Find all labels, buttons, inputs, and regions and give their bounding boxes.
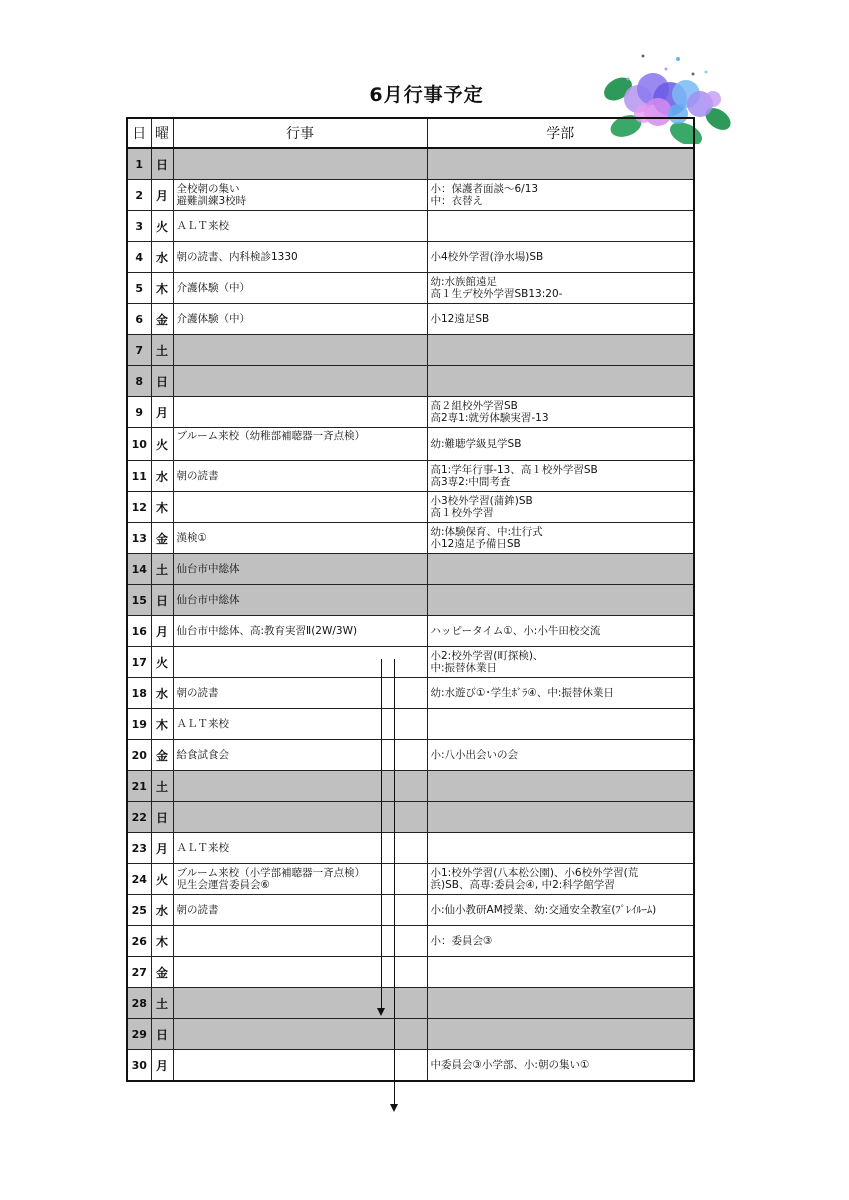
dept-line: 小2:校外学習(町探検)、 bbox=[431, 650, 691, 662]
table-row: 14土仙台市中総体 bbox=[127, 554, 694, 585]
event-cell: 介護体験（中） bbox=[173, 304, 427, 335]
dept-line: 幼:体験保育、中:壮行式 bbox=[431, 526, 691, 538]
dept-line: 高１生デ校外学習SB13:20- bbox=[431, 288, 691, 300]
dept-cell: 小2:校外学習(町探検)、中:振替休業日 bbox=[427, 647, 694, 678]
weekday-cell: 木 bbox=[151, 709, 173, 740]
weekday-cell: 水 bbox=[151, 242, 173, 273]
dept-cell bbox=[427, 833, 694, 864]
event-cell: ＡＬＴ来校 bbox=[173, 833, 427, 864]
dept-cell: 中委員会③小学部、小:朝の集い① bbox=[427, 1050, 694, 1082]
event-cell: 朝の読書 bbox=[173, 461, 427, 492]
dept-line: 幼:水遊び①･学生ﾎﾞﾗ④、中:振替休業日 bbox=[431, 687, 691, 699]
table-row: 7土 bbox=[127, 335, 694, 366]
table-row: 29日 bbox=[127, 1019, 694, 1050]
day-cell: 1 bbox=[127, 148, 151, 180]
event-line: 朝の読書 bbox=[177, 687, 424, 699]
dept-cell: 小4校外学習(浄水場)SB bbox=[427, 242, 694, 273]
event-line: 朝の読書、内科検診1330 bbox=[177, 251, 424, 263]
event-line: 介護体験（中） bbox=[177, 282, 424, 294]
dept-line: 幼:難聴学級見学SB bbox=[431, 438, 691, 450]
day-cell: 30 bbox=[127, 1050, 151, 1082]
event-cell bbox=[173, 366, 427, 397]
dept-line: 高2専1:就労体験実習-13 bbox=[431, 412, 691, 424]
event-line: 朝の読書 bbox=[177, 904, 424, 916]
weekday-cell: 土 bbox=[151, 771, 173, 802]
dept-cell bbox=[427, 802, 694, 833]
table-row: 26木小：委員会③ bbox=[127, 926, 694, 957]
dept-cell: 小12遠足SB bbox=[427, 304, 694, 335]
table-row: 23月ＡＬＴ来校 bbox=[127, 833, 694, 864]
weekday-cell: 月 bbox=[151, 616, 173, 647]
schedule-table: 日 曜 行事 学部 1日2月全校朝の集い避難訓練3校時小：保護者面談～6/13中… bbox=[126, 117, 695, 1082]
event-cell: 朝の読書、内科検診1330 bbox=[173, 242, 427, 273]
table-row: 24火ブルーム来校（小学部補聴器一斉点検）児生会運営委員会⑥小1:校外学習(八本… bbox=[127, 864, 694, 895]
event-cell bbox=[173, 1019, 427, 1050]
dept-cell: 高1:学年行事-13、高１校外学習SB高3専2:中間考査 bbox=[427, 461, 694, 492]
table-row: 15日仙台市中総体 bbox=[127, 585, 694, 616]
dept-cell: 小:仙小教研AM授業、幼:交通安全教室(ﾌﾟﾚｲﾙｰﾑ) bbox=[427, 895, 694, 926]
event-cell bbox=[173, 957, 427, 988]
table-row: 2月全校朝の集い避難訓練3校時小：保護者面談～6/13中：衣替え bbox=[127, 180, 694, 211]
dept-line: 高1:学年行事-13、高１校外学習SB bbox=[431, 464, 691, 476]
event-cell bbox=[173, 771, 427, 802]
day-cell: 12 bbox=[127, 492, 151, 523]
day-cell: 6 bbox=[127, 304, 151, 335]
event-line: 避難訓練3校時 bbox=[177, 195, 424, 207]
day-cell: 11 bbox=[127, 461, 151, 492]
dept-line: 小:仙小教研AM授業、幼:交通安全教室(ﾌﾟﾚｲﾙｰﾑ) bbox=[431, 904, 691, 916]
dept-cell: 小：委員会③ bbox=[427, 926, 694, 957]
dept-line: 中：衣替え bbox=[431, 195, 691, 207]
day-cell: 27 bbox=[127, 957, 151, 988]
weekday-cell: 火 bbox=[151, 428, 173, 461]
dept-cell: 幼:水族館遠足高１生デ校外学習SB13:20- bbox=[427, 273, 694, 304]
weekday-cell: 水 bbox=[151, 461, 173, 492]
arrow-down-icon bbox=[377, 1008, 385, 1016]
dept-cell: 幼:難聴学級見学SB bbox=[427, 428, 694, 461]
table-row: 8日 bbox=[127, 366, 694, 397]
dept-cell bbox=[427, 554, 694, 585]
weekday-cell: 木 bbox=[151, 273, 173, 304]
dept-cell bbox=[427, 988, 694, 1019]
day-cell: 15 bbox=[127, 585, 151, 616]
day-cell: 13 bbox=[127, 523, 151, 554]
dept-line: 高3専2:中間考査 bbox=[431, 476, 691, 488]
event-cell bbox=[173, 802, 427, 833]
dept-cell bbox=[427, 335, 694, 366]
weekday-cell: 月 bbox=[151, 833, 173, 864]
table-row: 19木ＡＬＴ来校 bbox=[127, 709, 694, 740]
day-cell: 3 bbox=[127, 211, 151, 242]
weekday-cell: 金 bbox=[151, 304, 173, 335]
event-line: 漢検① bbox=[177, 532, 424, 544]
table-row: 21土 bbox=[127, 771, 694, 802]
dept-cell bbox=[427, 211, 694, 242]
event-cell: 仙台市中総体 bbox=[173, 554, 427, 585]
table-row: 22日 bbox=[127, 802, 694, 833]
event-line: ＡＬＴ来校 bbox=[177, 718, 424, 730]
dept-line: 中委員会③小学部、小:朝の集い① bbox=[431, 1059, 691, 1071]
column-header-dept: 学部 bbox=[427, 118, 694, 148]
weekday-cell: 木 bbox=[151, 926, 173, 957]
event-line: 朝の読書 bbox=[177, 470, 424, 482]
event-cell bbox=[173, 335, 427, 366]
table-row: 18水朝の読書幼:水遊び①･学生ﾎﾞﾗ④、中:振替休業日 bbox=[127, 678, 694, 709]
weekday-cell: 金 bbox=[151, 523, 173, 554]
dept-cell: 小1:校外学習(八本松公園)、小6校外学習(荒浜)SB、高専:委員会④, 中2:… bbox=[427, 864, 694, 895]
weekday-cell: 火 bbox=[151, 864, 173, 895]
day-cell: 21 bbox=[127, 771, 151, 802]
event-cell: ブルーム来校（幼稚部補聴器一斉点検） bbox=[173, 428, 427, 461]
day-cell: 22 bbox=[127, 802, 151, 833]
weekday-cell: 金 bbox=[151, 957, 173, 988]
dept-line: 小：委員会③ bbox=[431, 935, 691, 947]
weekday-cell: 水 bbox=[151, 678, 173, 709]
weekday-cell: 土 bbox=[151, 335, 173, 366]
table-row: 20金給食試食会小:八小出会いの会 bbox=[127, 740, 694, 771]
table-row: 10火ブルーム来校（幼稚部補聴器一斉点検）幼:難聴学級見学SB bbox=[127, 428, 694, 461]
dept-line: 小：保護者面談～6/13 bbox=[431, 183, 691, 195]
dept-line: 幼:水族館遠足 bbox=[431, 276, 691, 288]
dept-line: 高１校外学習 bbox=[431, 507, 691, 519]
event-line: 全校朝の集い bbox=[177, 183, 424, 195]
dept-line: 小12遠足SB bbox=[431, 313, 691, 325]
event-line: ＡＬＴ来校 bbox=[177, 220, 424, 232]
event-cell bbox=[173, 492, 427, 523]
event-cell: 仙台市中総体 bbox=[173, 585, 427, 616]
day-cell: 28 bbox=[127, 988, 151, 1019]
dept-line: 小4校外学習(浄水場)SB bbox=[431, 251, 691, 263]
dept-line: 小12遠足予備日SB bbox=[431, 538, 691, 550]
day-cell: 24 bbox=[127, 864, 151, 895]
table-row: 5木介護体験（中）幼:水族館遠足高１生デ校外学習SB13:20- bbox=[127, 273, 694, 304]
dept-cell: 高２組校外学習SB高2専1:就労体験実習-13 bbox=[427, 397, 694, 428]
event-cell: 全校朝の集い避難訓練3校時 bbox=[173, 180, 427, 211]
weekday-cell: 月 bbox=[151, 1050, 173, 1082]
day-cell: 25 bbox=[127, 895, 151, 926]
dept-line: 中:振替休業日 bbox=[431, 662, 691, 674]
event-line: 仙台市中総体、高:教育実習Ⅱ(2W/3W) bbox=[177, 625, 424, 637]
dept-cell bbox=[427, 709, 694, 740]
column-header-weekday: 曜 bbox=[151, 118, 173, 148]
event-cell: ＡＬＴ来校 bbox=[173, 709, 427, 740]
event-line: ブルーム来校（小学部補聴器一斉点検） bbox=[177, 867, 424, 879]
weekday-cell: 火 bbox=[151, 211, 173, 242]
table-row: 13金漢検①幼:体験保育、中:壮行式小12遠足予備日SB bbox=[127, 523, 694, 554]
column-header-day: 日 bbox=[127, 118, 151, 148]
dept-line: 高２組校外学習SB bbox=[431, 400, 691, 412]
dept-line: 浜)SB、高専:委員会④, 中2:科学館学習 bbox=[431, 879, 691, 891]
event-cell bbox=[173, 1050, 427, 1082]
event-cell: 給食試食会 bbox=[173, 740, 427, 771]
event-line: 仙台市中総体 bbox=[177, 594, 424, 606]
event-line: 仙台市中総体 bbox=[177, 563, 424, 575]
dept-cell bbox=[427, 585, 694, 616]
event-line: ブルーム来校（幼稚部補聴器一斉点検） bbox=[177, 430, 424, 442]
dept-cell: 幼:水遊び①･学生ﾎﾞﾗ④、中:振替休業日 bbox=[427, 678, 694, 709]
event-line: ＡＬＴ来校 bbox=[177, 842, 424, 854]
table-row: 17火小2:校外学習(町探検)、中:振替休業日 bbox=[127, 647, 694, 678]
event-cell: 朝の読書 bbox=[173, 678, 427, 709]
dept-cell bbox=[427, 148, 694, 180]
weekday-cell: 木 bbox=[151, 492, 173, 523]
dept-cell: 幼:体験保育、中:壮行式小12遠足予備日SB bbox=[427, 523, 694, 554]
table-row: 25水朝の読書小:仙小教研AM授業、幼:交通安全教室(ﾌﾟﾚｲﾙｰﾑ) bbox=[127, 895, 694, 926]
day-cell: 16 bbox=[127, 616, 151, 647]
table-row: 1日 bbox=[127, 148, 694, 180]
table-row: 3火ＡＬＴ来校 bbox=[127, 211, 694, 242]
dept-line: 小3校外学習(蒲鉾)SB bbox=[431, 495, 691, 507]
day-cell: 2 bbox=[127, 180, 151, 211]
day-cell: 7 bbox=[127, 335, 151, 366]
dept-line: 小1:校外学習(八本松公園)、小6校外学習(荒 bbox=[431, 867, 691, 879]
day-cell: 4 bbox=[127, 242, 151, 273]
weekday-cell: 日 bbox=[151, 1019, 173, 1050]
dept-cell bbox=[427, 957, 694, 988]
day-cell: 18 bbox=[127, 678, 151, 709]
event-cell: 朝の読書 bbox=[173, 895, 427, 926]
span-arrow-line bbox=[394, 659, 395, 1105]
dept-cell: 小3校外学習(蒲鉾)SB高１校外学習 bbox=[427, 492, 694, 523]
weekday-cell: 日 bbox=[151, 148, 173, 180]
table-row: 12木小3校外学習(蒲鉾)SB高１校外学習 bbox=[127, 492, 694, 523]
day-cell: 20 bbox=[127, 740, 151, 771]
event-line: 児生会運営委員会⑥ bbox=[177, 879, 424, 891]
column-header-event: 行事 bbox=[173, 118, 427, 148]
day-cell: 10 bbox=[127, 428, 151, 461]
weekday-cell: 日 bbox=[151, 802, 173, 833]
weekday-cell: 土 bbox=[151, 554, 173, 585]
arrow-down-icon bbox=[390, 1104, 398, 1112]
table-header-row: 日 曜 行事 学部 bbox=[127, 118, 694, 148]
day-cell: 5 bbox=[127, 273, 151, 304]
dept-line: 小:八小出会いの会 bbox=[431, 749, 691, 761]
weekday-cell: 金 bbox=[151, 740, 173, 771]
event-cell bbox=[173, 647, 427, 678]
event-line: 介護体験（中） bbox=[177, 313, 424, 325]
weekday-cell: 水 bbox=[151, 895, 173, 926]
day-cell: 14 bbox=[127, 554, 151, 585]
dept-cell bbox=[427, 366, 694, 397]
day-cell: 26 bbox=[127, 926, 151, 957]
table-row: 30月中委員会③小学部、小:朝の集い① bbox=[127, 1050, 694, 1082]
event-cell: 介護体験（中） bbox=[173, 273, 427, 304]
dept-cell: ハッピータイム①、小:小牛田校交流 bbox=[427, 616, 694, 647]
day-cell: 9 bbox=[127, 397, 151, 428]
dept-cell bbox=[427, 771, 694, 802]
table-row: 6金介護体験（中）小12遠足SB bbox=[127, 304, 694, 335]
table-row: 4水朝の読書、内科検診1330小4校外学習(浄水場)SB bbox=[127, 242, 694, 273]
dept-cell bbox=[427, 1019, 694, 1050]
event-cell bbox=[173, 988, 427, 1019]
dept-cell: 小：保護者面談～6/13中：衣替え bbox=[427, 180, 694, 211]
table-row: 11水朝の読書高1:学年行事-13、高１校外学習SB高3専2:中間考査 bbox=[127, 461, 694, 492]
event-cell bbox=[173, 397, 427, 428]
day-cell: 19 bbox=[127, 709, 151, 740]
table-row: 27金 bbox=[127, 957, 694, 988]
span-arrow-line bbox=[381, 659, 382, 1009]
weekday-cell: 月 bbox=[151, 180, 173, 211]
day-cell: 23 bbox=[127, 833, 151, 864]
weekday-cell: 土 bbox=[151, 988, 173, 1019]
weekday-cell: 月 bbox=[151, 397, 173, 428]
day-cell: 29 bbox=[127, 1019, 151, 1050]
event-cell bbox=[173, 148, 427, 180]
day-cell: 17 bbox=[127, 647, 151, 678]
day-cell: 8 bbox=[127, 366, 151, 397]
dept-line: ハッピータイム①、小:小牛田校交流 bbox=[431, 625, 691, 637]
event-cell: ブルーム来校（小学部補聴器一斉点検）児生会運営委員会⑥ bbox=[173, 864, 427, 895]
table-row: 9月高２組校外学習SB高2専1:就労体験実習-13 bbox=[127, 397, 694, 428]
event-cell: 漢検① bbox=[173, 523, 427, 554]
table-row: 28土 bbox=[127, 988, 694, 1019]
dept-cell: 小:八小出会いの会 bbox=[427, 740, 694, 771]
weekday-cell: 火 bbox=[151, 647, 173, 678]
weekday-cell: 日 bbox=[151, 585, 173, 616]
weekday-cell: 日 bbox=[151, 366, 173, 397]
table-row: 16月仙台市中総体、高:教育実習Ⅱ(2W/3W)ハッピータイム①、小:小牛田校交… bbox=[127, 616, 694, 647]
event-cell: 仙台市中総体、高:教育実習Ⅱ(2W/3W) bbox=[173, 616, 427, 647]
event-cell bbox=[173, 926, 427, 957]
event-cell: ＡＬＴ来校 bbox=[173, 211, 427, 242]
event-line: 給食試食会 bbox=[177, 749, 424, 761]
